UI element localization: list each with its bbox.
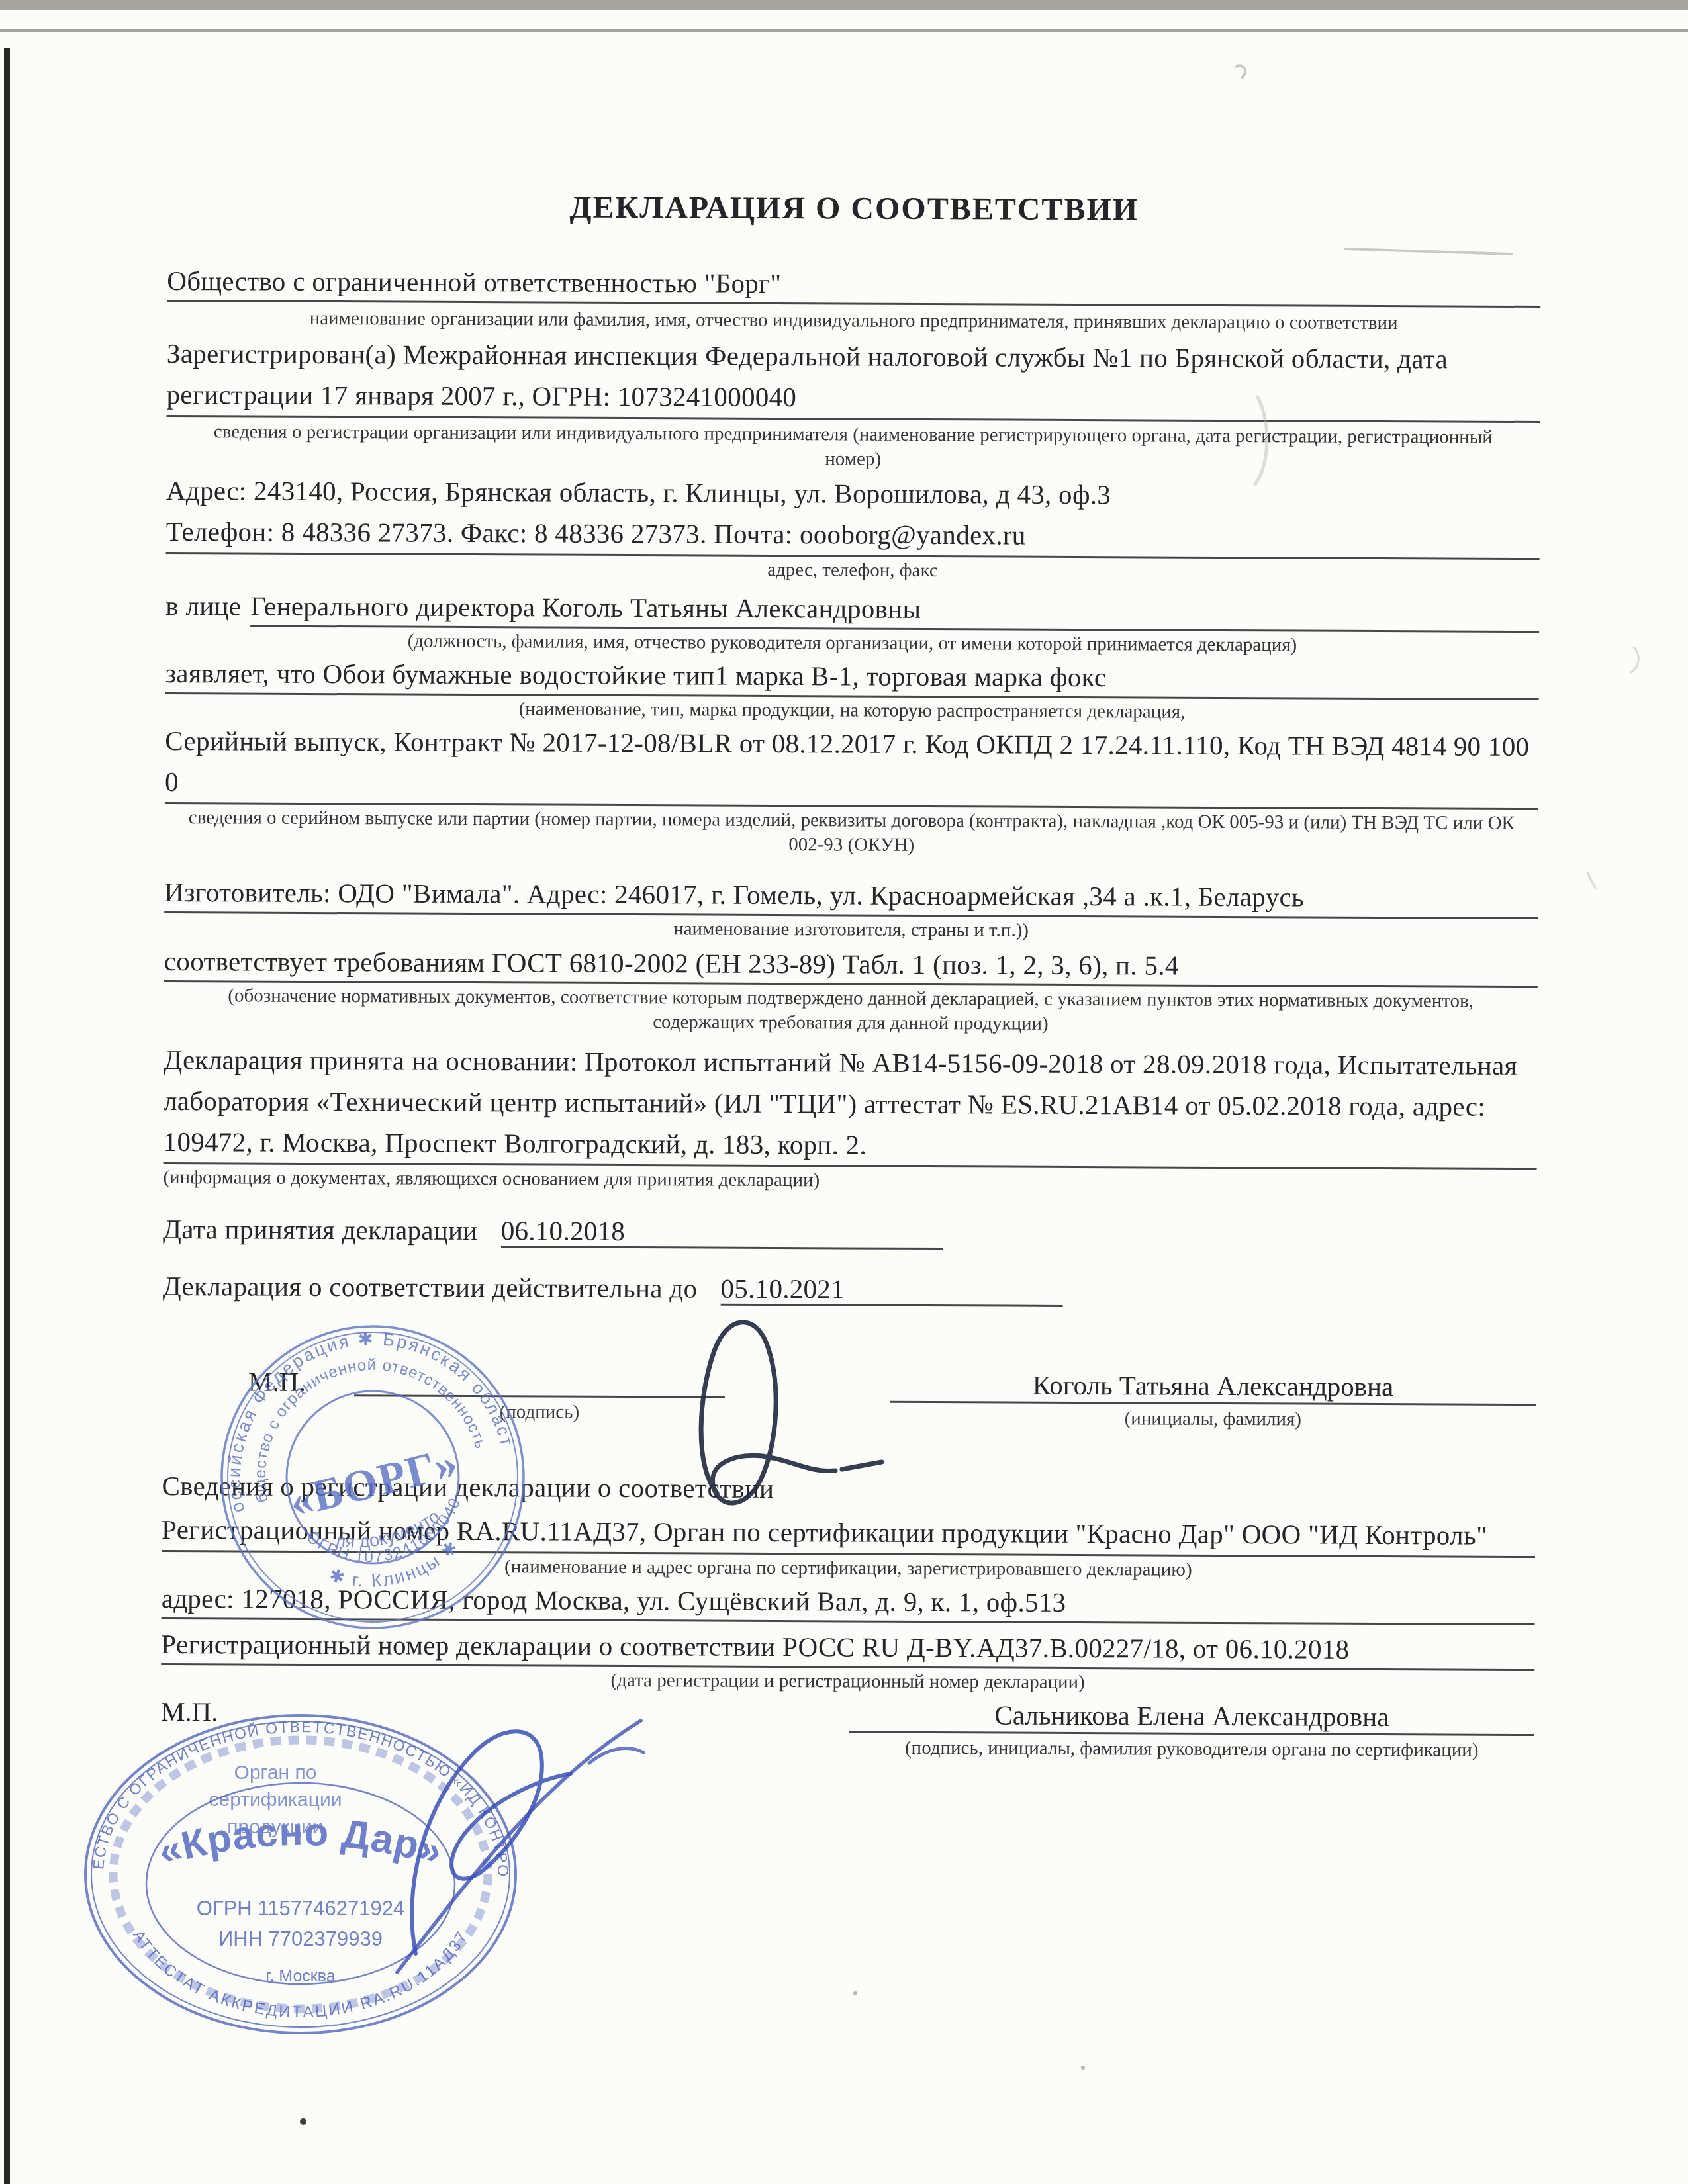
registry-number-caption: (дата регистрации и регистрационный номе…	[161, 1666, 1534, 1697]
document-body: ДЕКЛАРАЦИЯ О СООТВЕТСТВИИ Общество с огр…	[161, 187, 1541, 1763]
scan-top-line	[0, 29, 1688, 32]
adoption-date-label: Дата принятия декларации	[163, 1214, 478, 1246]
phone-line: Телефон: 8 48336 27373. Факс: 8 48336 27…	[166, 511, 1540, 560]
contacts-block: Адрес: 243140, Россия, Брянская область,…	[166, 470, 1540, 560]
basis-caption: (информация о документах, являющихся осн…	[163, 1165, 1536, 1196]
page-title: ДЕКЛАРАЦИЯ О СООТВЕТСТВИИ	[167, 187, 1541, 230]
conformity-line: соответствует требованиям ГОСТ 6810-2002…	[164, 942, 1538, 988]
serial-caption: сведения о серийном выпуске или партии (…	[165, 805, 1538, 860]
director-fio: Коголь Татьяна Александровна	[890, 1368, 1536, 1406]
basis-line: Декларация принята на основании: Протоко…	[164, 1039, 1538, 1170]
valid-until-label: Декларация о соответствии действительна …	[163, 1271, 698, 1304]
registry-head-cell: Сальникова Елена Александровна (подпись,…	[849, 1698, 1534, 1764]
krasnodar-stamp-center: «Красно Дар»	[154, 1809, 447, 1874]
manufacturer-line: Изготовитель: ОДО "Вимала". Адрес: 24601…	[164, 873, 1538, 919]
adoption-date-line: Дата принятия декларации 06.10.2018	[163, 1210, 1536, 1254]
director-fio-cell: Коголь Татьяна Александровна (инициалы, …	[890, 1368, 1536, 1433]
scan-top-edge	[0, 0, 1688, 10]
contacts-caption: адрес, телефон, факс	[165, 555, 1539, 586]
registry-org-caption: (наименование и адрес органа по сертифик…	[162, 1553, 1535, 1584]
signature-line	[354, 1365, 725, 1398]
manufacturer-caption: наименование изготовителя, страны и т.п.…	[164, 915, 1538, 945]
registry-mp-label: М.П.	[161, 1695, 267, 1729]
mp-label: М.П.	[248, 1365, 354, 1399]
director-fio-caption: (инициалы, фамилия)	[890, 1406, 1536, 1433]
scan-speck-1	[853, 1991, 857, 1995]
krasnodar-city: г. Москва	[265, 1967, 335, 1985]
applicant-caption: наименование организации или фамилия, им…	[167, 306, 1540, 336]
registry-head-caption: (подпись, инициалы, фамилия руководителя…	[849, 1736, 1534, 1764]
signature-caption: (подпись)	[354, 1399, 725, 1425]
registry-org-address: адрес: 127018, РОССИЯ, город Москва, ул.…	[162, 1579, 1535, 1625]
valid-until-line: Декларация о соответствии действительна …	[163, 1267, 1536, 1311]
scan-artifact-tick	[1587, 872, 1595, 888]
valid-until-value: 05.10.2021	[720, 1273, 1063, 1307]
registry-org-line: Регистрационный номер RA.RU.11АД37, Орга…	[162, 1509, 1535, 1558]
registry-number-line: Регистрационный номер декларации о соотв…	[161, 1625, 1534, 1671]
scan-artifact-mark	[1237, 66, 1245, 78]
krasnodar-stamp-rings	[85, 1715, 516, 2033]
conformity-caption: (обозначение нормативных документов, соо…	[164, 983, 1537, 1038]
krasnodar-band-line1: Орган по	[234, 1762, 317, 1784]
svg-text:«Красно Дар»: «Красно Дар»	[154, 1809, 447, 1874]
registration-caption: сведения о регистрации организации или и…	[166, 420, 1540, 475]
adoption-date-value: 06.10.2018	[501, 1215, 943, 1250]
signature-row: М.П. (подпись) Коголь Татьяна Александро…	[162, 1365, 1536, 1433]
krasnodar-ogrn: ОГРН 1157746271924	[197, 1897, 404, 1920]
scan-left-edge-bar	[4, 48, 10, 2184]
director-caption: (должность, фамилия, имя, отчество руков…	[165, 628, 1539, 659]
director-line: в лице Генерального директора Коголь Тат…	[165, 586, 1539, 633]
registry-heading: Сведения о регистрации декларации о соот…	[162, 1467, 1535, 1511]
svg-text:АТТЕСТАТ АККРЕДИТАЦИИ RA.RU.11: АТТЕСТАТ АККРЕДИТАЦИИ RA.RU.11АД37	[129, 1927, 472, 2021]
registration-info-line: Зарегистрирован(а) Межрайонная инспекция…	[166, 333, 1540, 423]
director-name: Генерального директора Коголь Татьяны Ал…	[250, 587, 1539, 633]
scan-speck-dark	[300, 2118, 306, 2125]
krasnodar-band-line3: продукции	[227, 1816, 323, 1838]
krasnodar-band-line2: сертификации	[209, 1789, 342, 1811]
applicant-name-line: Общество с ограниченной ответственностью…	[167, 261, 1540, 308]
krasnodar-stamp: ОБЩЕСТВО С ОГРАНИЧЕННОЙ ОТВЕТСТВЕННОСТЬЮ…	[78, 1710, 523, 2041]
serial-line: Серийный выпуск, Контракт № 2017-12-08/B…	[165, 720, 1539, 810]
registry-signature	[412, 1731, 571, 1954]
krasnodar-inn: ИНН 7702379939	[218, 1927, 383, 1950]
scan-artifact-squiggle	[1631, 647, 1638, 672]
product-line: заявляет, что Обои бумажные водостойкие …	[165, 654, 1539, 700]
signature-cell: (подпись)	[354, 1365, 725, 1425]
registry-head-fio: Сальникова Елена Александровна	[849, 1698, 1534, 1737]
krasnodar-ring-bottom: АТТЕСТАТ АККРЕДИТАЦИИ RA.RU.11АД37	[129, 1927, 472, 2021]
scan-speck-2	[1081, 2066, 1085, 2070]
registry-signature-row: М.П. Сальникова Елена Александровна (под…	[161, 1695, 1534, 1763]
address-line: Адрес: 243140, Россия, Брянская область,…	[166, 470, 1540, 517]
director-prefix: в лице	[165, 586, 241, 625]
